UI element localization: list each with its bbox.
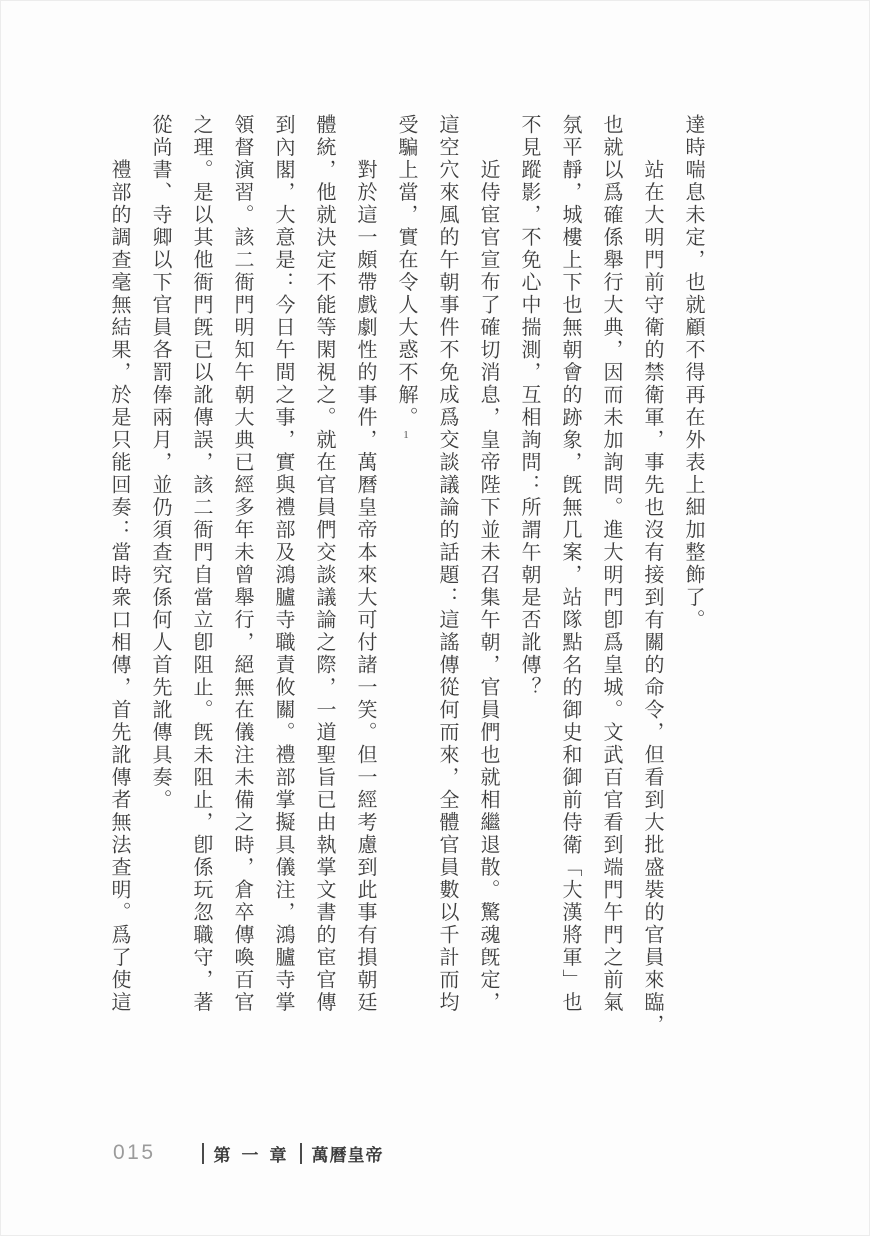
text-column: 體統，他就決定不能等閑視之。就在官員們交談議論之際，一道聖旨已由執掌文書的宦官傳 (303, 114, 344, 1034)
text-column: 從尚書、寺卿以下官員各罰俸兩月，並仍須查究係何人首先訛傳具奏。 (139, 114, 180, 1034)
text-column: 受騙上當，實在令人大惑不解。1 (385, 114, 426, 1034)
book-page: 達時喘息未定，也就顧不得再在外表上細加整飾了。 站在大明門前守衛的禁衛軍，事先也… (0, 0, 870, 1236)
text-column: 不見蹤影，不免心中揣測，互相詢問：所謂午朝是否訛傳？ (508, 114, 549, 1034)
text-column: 到內閣，大意是：今日午間之事，實與禮部及鴻臚寺職責攸關。禮部掌擬具儀注，鴻臚寺掌 (262, 114, 303, 1034)
text-column: 之理。是以其他衙門旣已以訛傳誤，該二衙門自當立卽阻止。旣未阻止，卽係玩忽職守，著 (180, 114, 221, 1034)
text-column: 氛平靜，城樓上下也無朝會的跡象，旣無几案，站隊點名的御史和御前侍衛「大漢將軍」也 (549, 114, 590, 1034)
text-column: 禮部的調查毫無結果，於是只能回奏：當時衆口相傳，首先訛傳者無法查明。爲了使這 (98, 114, 139, 1034)
text-column: 這空穴來風的午朝事件不免成爲交談議論的話題：這謠傳從何而來，全體官員數以千計而均 (426, 114, 467, 1034)
chapter-label: 第一章 (214, 1141, 298, 1166)
body-text: 達時喘息未定，也就顧不得再在外表上細加整飾了。 站在大明門前守衛的禁衛軍，事先也… (98, 114, 713, 1034)
page-number: 015 (113, 1141, 156, 1165)
text-column: 近侍宦官宣布了確切消息，皇帝陛下並未召集午朝，官員們也就相繼退散。驚魂旣定， (467, 114, 508, 1034)
text-column: 領督演習。該二衙門明知午朝大典已經多年未曾舉行，絕無在儀注未備之時，倉卒傳喚百官 (221, 114, 262, 1034)
footer-divider-icon (300, 1143, 302, 1164)
chapter-title: 萬曆皇帝 (312, 1141, 384, 1166)
text-column: 站在大明門前守衛的禁衛軍，事先也沒有接到有關的命令，但看到大批盛裝的官員來臨， (631, 114, 672, 1034)
text-column-text: 受騙上當，實在令人大惑不解。 (395, 114, 417, 429)
text-column: 對於這一頗帶戲劇性的事件，萬曆皇帝本來大可付諸一笑。但一經考慮到此事有損朝廷 (344, 114, 385, 1034)
footer-divider-icon (202, 1143, 204, 1164)
text-column: 也就以爲確係舉行大典，因而未加詢問。進大明門卽爲皇城。文武百官看到端門午門之前氣 (590, 114, 631, 1034)
footnote-marker: 1 (400, 429, 412, 441)
text-column: 達時喘息未定，也就顧不得再在外表上細加整飾了。 (672, 114, 713, 1034)
page-footer: 015 第一章 萬曆皇帝 (113, 1140, 384, 1166)
